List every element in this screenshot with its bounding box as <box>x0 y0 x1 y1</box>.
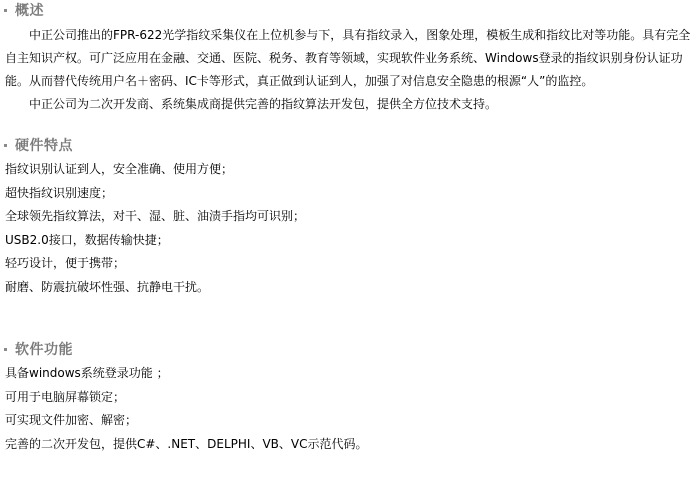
hardware-item: 轻巧设计，便于携带； <box>0 252 699 276</box>
hardware-title: 硬件特点 <box>15 135 73 155</box>
square-bullet-icon <box>4 144 7 147</box>
software-section: 软件功能 具备windows系统登录功能 ； 可用于电脑屏幕锁定； 可实现文件加… <box>0 339 699 456</box>
software-item: 可用于电脑屏幕锁定； <box>0 386 699 410</box>
hardware-item: 指纹识别认证到人，安全准确、使用方便； <box>0 158 699 182</box>
hardware-item: 超快指纹识别速度； <box>0 182 699 206</box>
overview-paragraph-1: 中正公司推出的FPR-622光学指纹采集仪在上位机参与下，具有指纹录入，图象处理… <box>0 24 699 93</box>
software-item: 可实现文件加密、解密； <box>0 409 699 433</box>
hardware-section: 硬件特点 指纹识别认证到人，安全准确、使用方便； 超快指纹识别速度； 全球领先指… <box>0 135 699 299</box>
hardware-item: 全球领先指纹算法，对干、湿、脏、油渍手指均可识别； <box>0 205 699 229</box>
overview-title: 概述 <box>15 0 44 20</box>
square-bullet-icon <box>4 9 7 12</box>
overview-heading: 概述 <box>0 0 699 20</box>
square-bullet-icon <box>4 348 7 351</box>
software-heading: 软件功能 <box>0 339 699 359</box>
overview-paragraph-2: 中正公司为二次开发商、系统集成商提供完善的指纹算法开发包，提供全方位技术支持。 <box>0 93 699 116</box>
hardware-list: 指纹识别认证到人，安全准确、使用方便； 超快指纹识别速度； 全球领先指纹算法，对… <box>0 158 699 299</box>
software-title: 软件功能 <box>15 339 73 359</box>
overview-section: 概述 中正公司推出的FPR-622光学指纹采集仪在上位机参与下，具有指纹录入，图… <box>0 0 699 116</box>
software-item: 完善的二次开发包，提供C#、.NET、DELPHI、VB、VC示范代码。 <box>0 433 699 457</box>
software-list: 具备windows系统登录功能 ； 可用于电脑屏幕锁定； 可实现文件加密、解密；… <box>0 362 699 456</box>
hardware-item: USB2.0接口，数据传输快捷； <box>0 229 699 253</box>
hardware-item: 耐磨、防震抗破坏性强、抗静电干扰。 <box>0 276 699 300</box>
hardware-heading: 硬件特点 <box>0 135 699 155</box>
software-item: 具备windows系统登录功能 ； <box>0 362 699 386</box>
